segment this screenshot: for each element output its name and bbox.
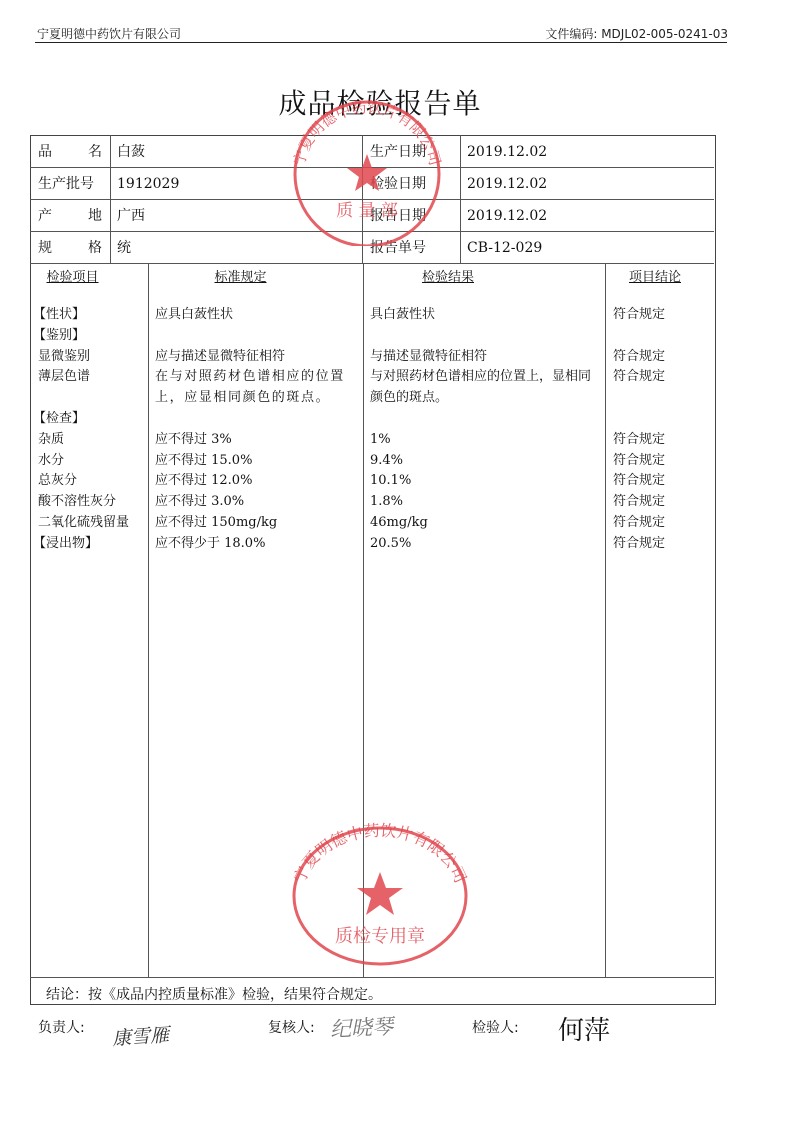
- spec-value: 统: [117, 239, 131, 257]
- cell-conclusion: 符合规定: [613, 513, 708, 534]
- col-header-conclusion: 项目结论: [605, 266, 705, 285]
- cell-item: 薄层色谱: [38, 367, 146, 388]
- cell-conclusion: 符合规定: [613, 451, 708, 472]
- cell-standard: 应不得少于 18.0%: [155, 534, 360, 555]
- cell-result: 与描述显微特征相符: [370, 347, 602, 368]
- cell-conclusion: 符合规定: [613, 430, 708, 451]
- row-divider: [30, 977, 714, 978]
- cell-standard: 在与对照药材色谱相应的位置上，应显相同颜色的斑点。: [155, 367, 360, 409]
- origin-label: 产地: [38, 207, 102, 225]
- cell-item: 【检查】: [33, 409, 141, 430]
- cell-result: 与对照药材色谱相应的位置上，显相同颜色的斑点。: [370, 367, 602, 409]
- production-date-value: 2019.12.02: [467, 143, 547, 161]
- col-divider: [460, 135, 461, 263]
- cell-result: 10.1%: [370, 471, 602, 492]
- production-date-label: 生产日期: [370, 143, 426, 161]
- cell-result: 20.5%: [370, 534, 602, 555]
- label-char: 品: [38, 143, 52, 161]
- report-no-label: 报告单号: [370, 239, 426, 257]
- cell-result: 46mg/kg: [370, 513, 602, 534]
- col-divider: [148, 263, 149, 977]
- product-name-label: 品名: [38, 143, 102, 161]
- label-char: 名: [88, 143, 102, 161]
- cell-result: 1%: [370, 430, 602, 451]
- cell-item: 二氧化硫残留量: [38, 513, 146, 534]
- cell-item: 【性状】: [33, 305, 141, 326]
- reviewer-signature: 纪晓琴: [329, 1010, 393, 1043]
- label-char: 格: [88, 239, 102, 257]
- company-name: 宁夏明德中药饮片有限公司: [37, 25, 181, 41]
- cell-conclusion: 符合规定: [613, 305, 708, 326]
- row-divider: [30, 199, 714, 200]
- col-header-standard: 标准规定: [148, 266, 333, 285]
- cell-result: 9.4%: [370, 451, 602, 472]
- report-no-value: CB-12-029: [467, 239, 542, 257]
- spec-label: 规格: [38, 239, 102, 257]
- label-char: 规: [38, 239, 52, 257]
- responsible-label: 负责人:: [38, 1017, 85, 1037]
- cell-standard: 应不得过 15.0%: [155, 451, 360, 472]
- col-divider: [110, 135, 111, 263]
- product-name-value: 白蔹: [117, 143, 145, 161]
- label-char: 地: [88, 207, 102, 225]
- header-divider: [35, 42, 727, 43]
- cell-standard: 应不得过 3.0%: [155, 492, 360, 513]
- row-divider: [30, 167, 714, 168]
- inspection-date-value: 2019.12.02: [467, 175, 547, 193]
- responsible-signature: 康雪雁: [111, 1020, 170, 1051]
- cell-conclusion: 符合规定: [613, 534, 708, 555]
- col-divider: [362, 135, 363, 263]
- cell-standard: 应具白蔹性状: [155, 305, 360, 326]
- cell-item: 酸不溶性灰分: [38, 492, 146, 513]
- reviewer-label: 复核人:: [268, 1017, 315, 1037]
- cell-standard: 应与描述显微特征相符: [155, 347, 360, 368]
- cell-standard: 应不得过 150mg/kg: [155, 513, 360, 534]
- report-title: 成品检验报告单: [0, 82, 760, 122]
- col-header-result: 检验结果: [363, 266, 533, 285]
- cell-result: 具白蔹性状: [370, 305, 602, 326]
- cell-conclusion: 符合规定: [613, 367, 708, 388]
- col-divider: [363, 263, 364, 977]
- cell-standard: 应不得过 3%: [155, 430, 360, 451]
- file-code: 文件编码: MDJL02-005-0241-03: [545, 25, 728, 41]
- cell-conclusion: 符合规定: [613, 471, 708, 492]
- cell-item: 【浸出物】: [33, 534, 141, 555]
- cell-item: 总灰分: [38, 471, 146, 492]
- overall-conclusion: 结论：按《成品内控质量标准》检验，结果符合规定。: [46, 984, 382, 1004]
- col-divider: [605, 263, 606, 977]
- cell-item: 【鉴别】: [33, 326, 141, 347]
- cell-item: 杂质: [38, 430, 146, 451]
- cell-result: 1.8%: [370, 492, 602, 513]
- inspector-label: 检验人:: [472, 1017, 519, 1037]
- cell-conclusion: 符合规定: [613, 347, 708, 368]
- label-char: 产: [38, 207, 52, 225]
- row-divider: [30, 231, 714, 232]
- batch-label: 生产批号: [38, 175, 94, 193]
- cell-item: 水分: [38, 451, 146, 472]
- origin-value: 广西: [117, 207, 145, 225]
- cell-standard: 应不得过 12.0%: [155, 471, 360, 492]
- inspector-signature: 何萍: [558, 1010, 610, 1047]
- cell-conclusion: 符合规定: [613, 492, 708, 513]
- report-date-value: 2019.12.02: [467, 207, 547, 225]
- col-header-item: 检验项目: [30, 266, 115, 285]
- batch-value: 1912029: [117, 175, 179, 193]
- cell-item: 显微鉴别: [38, 347, 146, 368]
- report-date-label: 报告日期: [370, 207, 426, 225]
- row-divider: [30, 263, 714, 264]
- inspection-date-label: 检验日期: [370, 175, 426, 193]
